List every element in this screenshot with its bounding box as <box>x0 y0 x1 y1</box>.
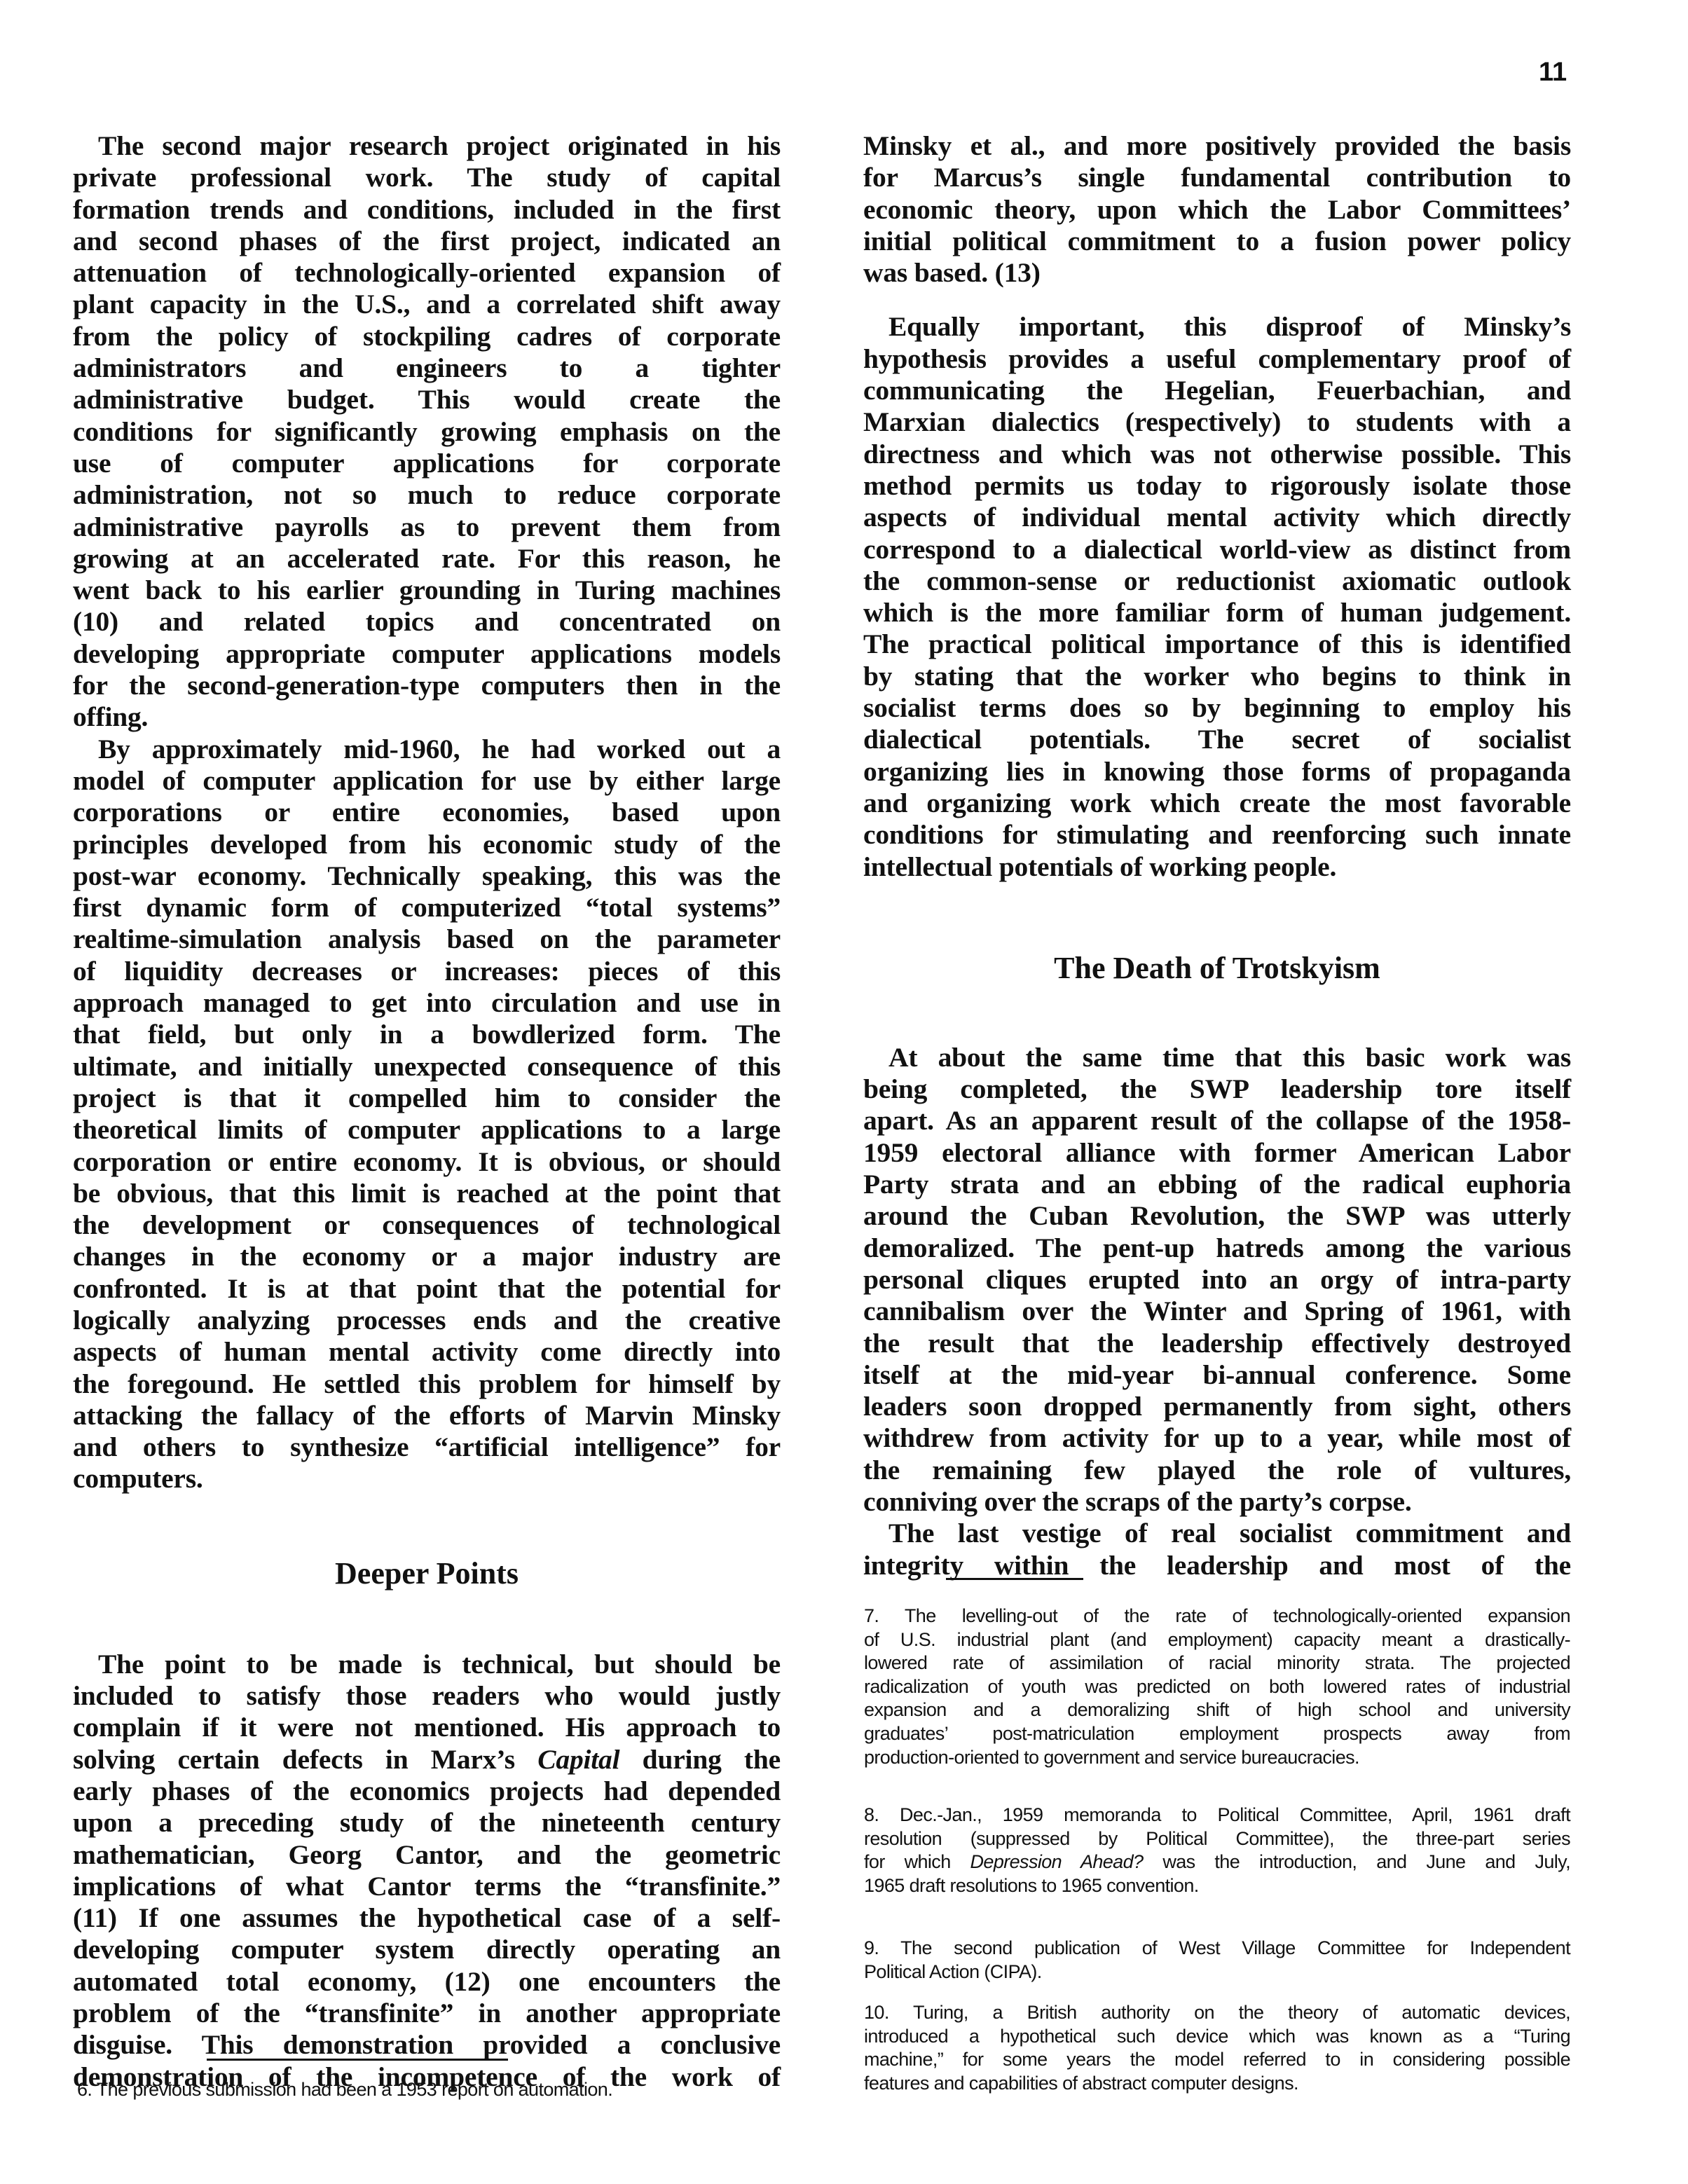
footnote-line: 1965 draft resolutions to 1965 conventio… <box>864 1874 1570 1898</box>
left-column: The second major research project origin… <box>73 130 781 2093</box>
footnote-10: 10. Turing, a British authority on the t… <box>864 2001 1570 2095</box>
text-line: cannibalism over the Winter and Spring o… <box>863 1296 1571 1327</box>
text-line: withdrew from activity for up to a year,… <box>863 1422 1571 1454</box>
text-line: around the Cuban Revolution, the SWP was… <box>863 1200 1571 1232</box>
footnote-line: 7. The levelling-out of the rate of tech… <box>864 1605 1570 1628</box>
paragraph-research-project: The second major research project origin… <box>73 130 781 734</box>
text-line: the result that the leadership effective… <box>863 1328 1571 1359</box>
footnote-line: expansion and a demoralizing shift of hi… <box>864 1698 1570 1722</box>
heading-deeper-points: Deeper Points <box>73 1555 781 1591</box>
text-line: private professional work. The study of … <box>73 162 781 193</box>
text-line: and second phases of the first project, … <box>73 226 781 257</box>
text-line: and organizing work which create the mos… <box>863 788 1571 819</box>
text-line: conditions for significantly growing emp… <box>73 416 781 448</box>
paragraph-swp-collapse: At about the same time that this basic w… <box>863 1042 1571 1518</box>
text-line: economic theory, upon which the Labor Co… <box>863 194 1571 226</box>
text-line: early phases of the economics projects h… <box>73 1776 781 1807</box>
text-line: directness and which was not otherwise p… <box>863 439 1571 470</box>
footnote-line: resolution (suppressed by Political Comm… <box>864 1827 1570 1851</box>
footnote-line: radicalization of youth was predicted on… <box>864 1675 1570 1699</box>
text-line: first dynamic form of computerized “tota… <box>73 892 781 923</box>
text-line: conditions for stimulating and reenforci… <box>863 819 1571 851</box>
text-line: of liquidity decreases or increases: pie… <box>73 956 781 987</box>
text-line: Minsky et al., and more positively provi… <box>863 130 1571 162</box>
text-line: mathematician, Georg Cantor, and the geo… <box>73 1839 781 1871</box>
footnote-line: machine,” for some years the model refer… <box>864 2048 1570 2072</box>
text-line: implications of what Cantor terms the “t… <box>73 1871 781 1902</box>
text-line: by stating that the worker who begins to… <box>863 661 1571 692</box>
text-line: (11) If one assumes the hypothetical cas… <box>73 1902 781 1934</box>
text-line: The second major research project origin… <box>73 130 781 162</box>
text-line: for the second-generation-type computers… <box>73 670 781 701</box>
text-line: realtime-simulation analysis based on th… <box>73 923 781 955</box>
text-line: method permits us today to rigorously is… <box>863 470 1571 502</box>
footnote-8: 8. Dec.-Jan., 1959 memoranda to Politica… <box>864 1804 1570 1897</box>
text-line: changes in the economy or a major indust… <box>73 1241 781 1272</box>
footnote-line: lowered rate of assimilation of racial m… <box>864 1651 1570 1675</box>
text-line: apart. As an apparent result of the coll… <box>863 1105 1571 1136</box>
text-line: upon a preceding study of the nineteenth… <box>73 1807 781 1839</box>
text-line: the development or consequences of techn… <box>73 1209 781 1241</box>
text-line: Equally important, this disproof of Mins… <box>863 311 1571 343</box>
text-line: be obvious, that this limit is reached a… <box>73 1178 781 1209</box>
text-line: growing at an accelerated rate. For this… <box>73 543 781 575</box>
text-line: attacking the fallacy of the efforts of … <box>73 1400 781 1431</box>
text-line: hypothesis provides a useful complementa… <box>863 343 1571 375</box>
text-line: Marxian dialectics (respectively) to stu… <box>863 406 1571 438</box>
footnote-line: graduates’ post-matriculation employment… <box>864 1722 1570 1746</box>
text-line: attenuation of technologically-oriented … <box>73 257 781 289</box>
paragraph-last-vestige: The last vestige of real socialist commi… <box>863 1518 1571 1581</box>
text-line: initial political commitment to a fusion… <box>863 226 1571 257</box>
text-line: computers. <box>73 1463 781 1495</box>
text-line: The last vestige of real socialist commi… <box>863 1518 1571 1549</box>
footnote-line: production-oriented to government and se… <box>864 1746 1570 1770</box>
footnote-separator-right <box>946 1578 1083 1580</box>
text-line: the foregound. He settled this problem f… <box>73 1368 781 1400</box>
footnote-line: features and capabilities of abstract co… <box>864 2072 1570 2096</box>
footnote-line: 9. The second publication of West Villag… <box>864 1937 1570 1960</box>
text-line: Party strata and an ebbing of the radica… <box>863 1169 1571 1200</box>
text-line: dialectical potentials. The secret of so… <box>863 724 1571 755</box>
footnote-separator-left <box>207 2059 508 2061</box>
document-page: 11 The second major research project ori… <box>0 0 1688 2184</box>
text-line: integrity within the leadership and most… <box>863 1550 1571 1581</box>
text-line: problem of the “transfinite” in another … <box>73 1998 781 2029</box>
text-line: ultimate, and initially unexpected conse… <box>73 1051 781 1083</box>
text-line: automated total economy, (12) one encoun… <box>73 1966 781 1998</box>
text-line: corporations or entire economies, based … <box>73 797 781 828</box>
text-line: confronted. It is at that point that the… <box>73 1273 781 1305</box>
text-line: and others to synthesize “artificial int… <box>73 1431 781 1463</box>
text-line: went back to his earlier grounding in Tu… <box>73 575 781 606</box>
text-line: By approximately mid-1960, he had worked… <box>73 734 781 765</box>
text-line: formation trends and conditions, include… <box>73 194 781 226</box>
text-line: the remaining few played the role of vul… <box>863 1455 1571 1486</box>
text-line: intellectual potentials of working peopl… <box>863 851 1571 883</box>
text-line: being completed, the SWP leadership tore… <box>863 1073 1571 1105</box>
paragraph-minsky-et-al: Minsky et al., and more positively provi… <box>863 130 1571 289</box>
text-line: for Marcus’s single fundamental contribu… <box>863 162 1571 193</box>
text-line: post-war economy. Technically speaking, … <box>73 860 781 892</box>
text-line: theoretical limits of computer applicati… <box>73 1114 781 1146</box>
text-line: from the policy of stockpiling cadres of… <box>73 321 781 352</box>
text-line: At about the same time that this basic w… <box>863 1042 1571 1073</box>
text-line: developing computer system directly oper… <box>73 1934 781 1965</box>
text-line: The practical political importance of th… <box>863 629 1571 660</box>
paragraph-mid-1960: By approximately mid-1960, he had worked… <box>73 734 781 1495</box>
text-line: demoralized. The pent-up hatreds among t… <box>863 1232 1571 1264</box>
text-line: communicating the Hegelian, Feuerbachian… <box>863 375 1571 406</box>
text-line: itself at the mid-year bi-annual confere… <box>863 1359 1571 1391</box>
text-line: developing appropriate computer applicat… <box>73 638 781 670</box>
footnote-line: introduced a hypothetical such device wh… <box>864 2025 1570 2049</box>
text-line: logically analyzing processes ends and t… <box>73 1305 781 1336</box>
footnote-line: 8. Dec.-Jan., 1959 memoranda to Politica… <box>864 1804 1570 1827</box>
text-line: corporation or entire economy. It is obv… <box>73 1146 781 1178</box>
text-line: administrative payrolls as to prevent th… <box>73 511 781 543</box>
text-line: that field, but only in a bowdlerized fo… <box>73 1019 781 1050</box>
text-line: approach managed to get into circulation… <box>73 987 781 1019</box>
footnote-line: of U.S. industrial plant (and employment… <box>864 1628 1570 1652</box>
text-line: plant capacity in the U.S., and a correl… <box>73 289 781 320</box>
footnote-line: 10. Turing, a British authority on the t… <box>864 2001 1570 2025</box>
text-line: complain if it were not mentioned. His a… <box>73 1712 781 1743</box>
text-line: administration, not so much to reduce co… <box>73 479 781 511</box>
text-line: aspects of individual mental activity wh… <box>863 502 1571 533</box>
right-column: Minsky et al., and more positively provi… <box>863 130 1571 1581</box>
text-line: correspond to a dialectical world-view a… <box>863 534 1571 565</box>
text-line: included to satisfy those readers who wo… <box>73 1680 781 1712</box>
text-line: which is the more familiar form of human… <box>863 597 1571 629</box>
footnote-6: 6. The previous submission had been a 19… <box>77 2078 778 2102</box>
text-line: aspects of human mental activity come di… <box>73 1336 781 1368</box>
paragraph-equally-important: Equally important, this disproof of Mins… <box>863 311 1571 882</box>
paragraph-technical-point: The point to be made is technical, but s… <box>73 1649 781 2093</box>
text-line: socialist terms does so by beginning to … <box>863 692 1571 724</box>
footnote-line: for which Depression Ahead? was the intr… <box>864 1850 1570 1874</box>
text-line: administrative budget. This would create… <box>73 384 781 415</box>
text-line: organizing lies in knowing those forms o… <box>863 756 1571 788</box>
heading-death-of-trotskyism: The Death of Trotskyism <box>863 950 1571 986</box>
text-line: (10) and related topics and concentrated… <box>73 606 781 638</box>
text-line: was based. (13) <box>863 257 1571 289</box>
footnote-line: Political Action (CIPA). <box>864 1960 1570 1984</box>
text-line: use of computer applications for corpora… <box>73 448 781 479</box>
text-line: principles developed from his economic s… <box>73 829 781 860</box>
text-line: offing. <box>73 701 781 733</box>
text-line: administrators and engineers to a tighte… <box>73 352 781 384</box>
text-line: leaders soon dropped permanently from si… <box>863 1391 1571 1422</box>
text-line: project is that it compelled him to cons… <box>73 1083 781 1114</box>
footnote-9: 9. The second publication of West Villag… <box>864 1937 1570 1984</box>
text-line: solving certain defects in Marx’s Capita… <box>73 1744 781 1776</box>
text-line: personal cliques erupted into an orgy of… <box>863 1264 1571 1296</box>
text-line: conniving over the scraps of the party’s… <box>863 1486 1571 1518</box>
text-line: the common-sense or reductionist axiomat… <box>863 565 1571 597</box>
text-line: The point to be made is technical, but s… <box>73 1649 781 1680</box>
page-number: 11 <box>1539 57 1567 88</box>
text-line: disguise. This demonstration provided a … <box>73 2029 781 2061</box>
footnote-7: 7. The levelling-out of the rate of tech… <box>864 1605 1570 1769</box>
text-line: 1959 electoral alliance with former Amer… <box>863 1137 1571 1169</box>
text-line: model of computer application for use by… <box>73 765 781 797</box>
